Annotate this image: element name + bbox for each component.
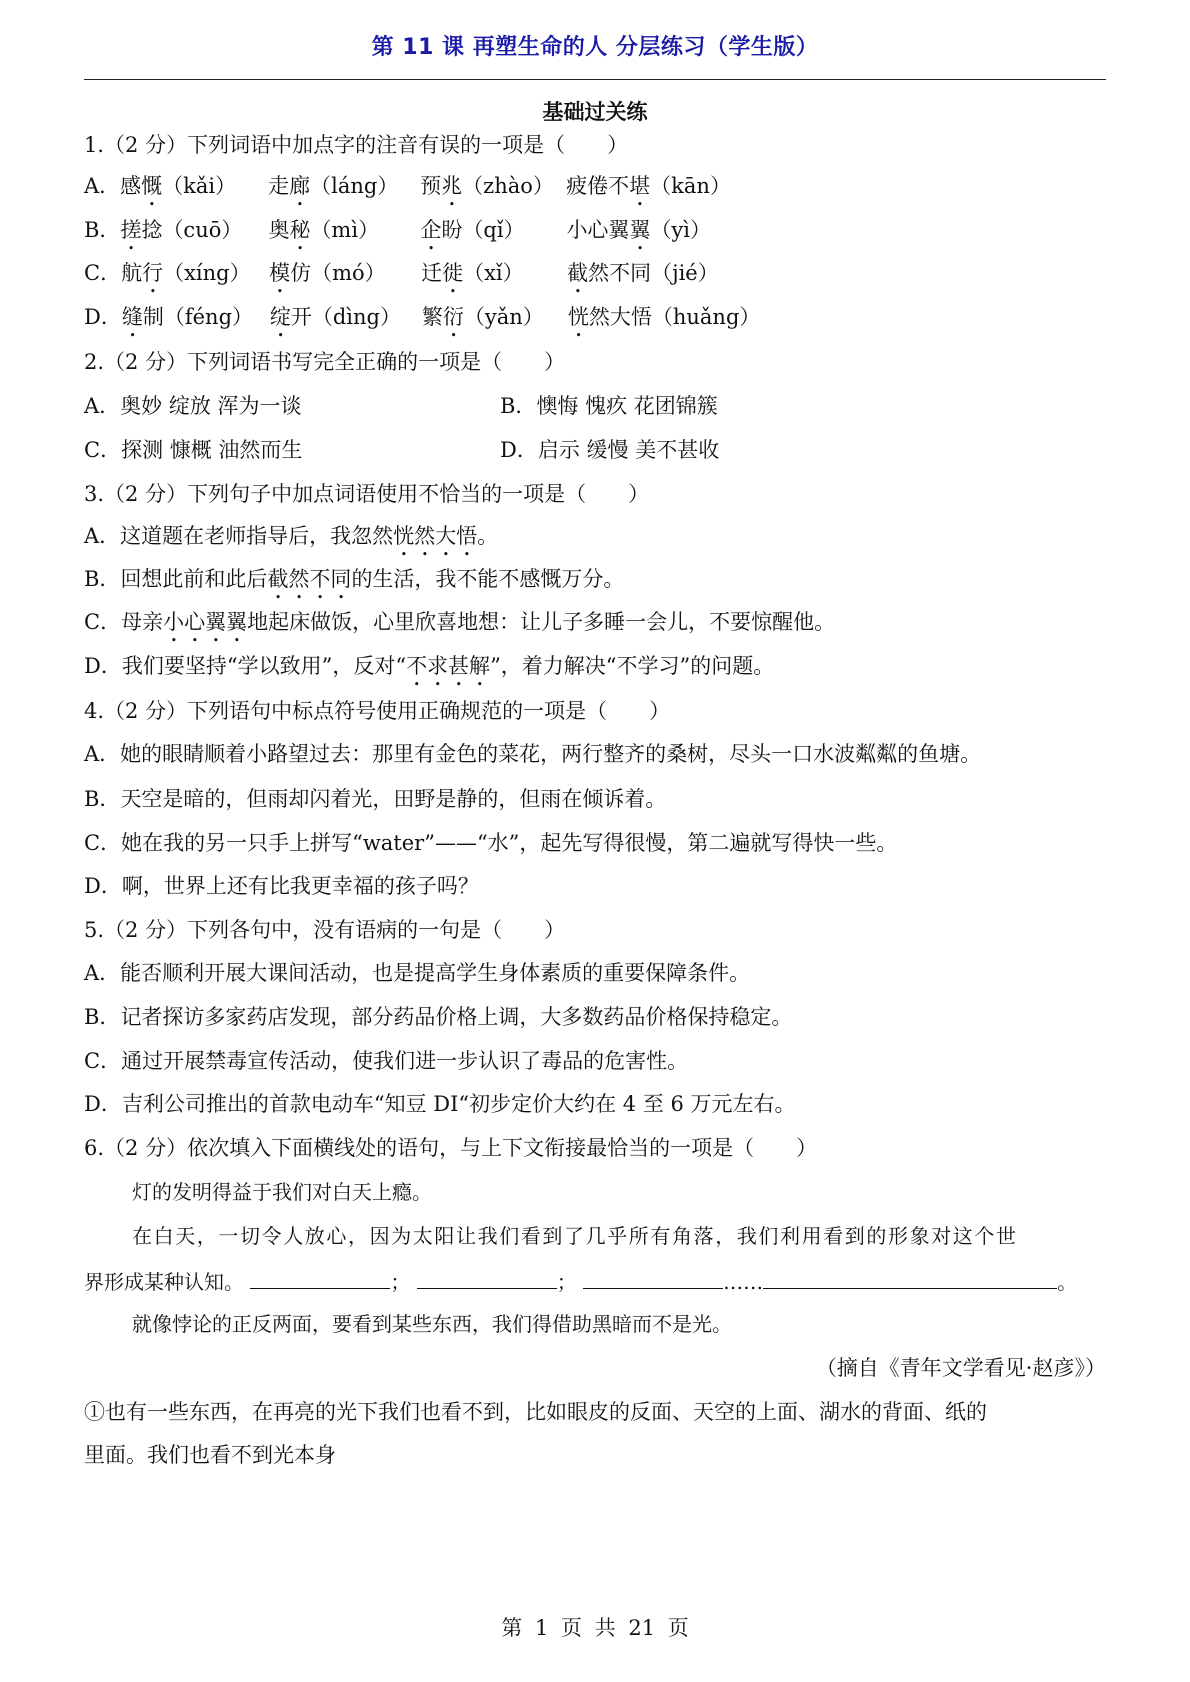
option-label: C．: [84, 261, 121, 285]
q6-item-1-line-2: 里面。我们也看不到光本身: [84, 1441, 336, 1469]
question-1-stem: 1.（2 分）下列词语中加点字的注音有误的一项是（ ）: [84, 131, 628, 159]
fill-blank-3[interactable]: [583, 1266, 723, 1289]
q4-option-c: C．她在我的另一只手上拼写“water”——“水”，起先写得很慢，第二遍就写得快…: [84, 829, 897, 857]
question-2-stem: 2.（2 分）下列词语书写完全正确的一项是（ ）: [84, 348, 565, 376]
q2-option-a: A．奥妙 绽放 浑为一谈: [84, 392, 302, 420]
q4-option-d: D．啊，世界上还有比我更幸福的孩子吗？: [84, 872, 479, 900]
question-3-stem: 3.（2 分）下列句子中加点词语使用不恰当的一项是（ ）: [84, 480, 649, 508]
question-6-stem: 6.（2 分）依次填入下面横线处的语句，与上下文衔接最恰当的一项是（ ）: [84, 1134, 817, 1162]
passage-paragraph-3: 就像悖论的正反两面，要看到某些东西，我们得借助黑暗而不是光。: [132, 1310, 732, 1338]
q1-option-d: D．缝制（féng）绽开（dìng）繁衍（yǎn）恍然大悟（huǎng）: [84, 303, 760, 342]
question-4-stem: 4.（2 分）下列语句中标点符号使用正确规范的一项是（ ）: [84, 697, 670, 725]
q4-option-a: A．她的眼睛顺着小路望过去：那里有金色的菜花，两行整齐的桑树，尽头一口水波粼粼的…: [84, 740, 981, 768]
q2-option-b: B．懊悔 愧疚 花团锦簇: [500, 392, 718, 420]
fill-blank-1[interactable]: [250, 1266, 390, 1289]
passage-paragraph-1: 灯的发明得益于我们对白天上瘾。: [132, 1178, 432, 1206]
q5-option-d: D．吉利公司推出的首款电动车“知豆 DI“初步定价大约在 4 至 6 万元左右。: [84, 1090, 796, 1118]
q5-option-b: B．记者探访多家药店发现，部分药品价格上调，大多数药品价格保持稳定。: [84, 1003, 792, 1031]
passage-paragraph-2-line-1: 在白天，一切令人放心，因为太阳让我们看到了几乎所有角落，我们利用看到的形象对这个…: [132, 1222, 1018, 1250]
q2-option-d: D．启示 缓慢 美不甚收: [500, 436, 719, 464]
question-5-stem: 5.（2 分）下列各句中，没有语病的一句是（ ）: [84, 916, 565, 944]
page-title: 第 11 课 再塑生命的人 分层练习（学生版）: [0, 30, 1190, 61]
page-number: 第 1 页 共 21 页: [0, 1612, 1190, 1642]
q5-option-c: C．通过开展禁毒宣传活动，使我们进一步认识了毒品的危害性。: [84, 1047, 688, 1075]
passage-source: （摘自《青年文学看见·赵彦》）: [816, 1354, 1106, 1382]
q3-option-b: B．回想此前和此后截然不同的生活，我不能不感慨万分。: [84, 565, 624, 604]
option-label: B．: [84, 218, 120, 242]
q5-option-a: A．能否顺利开展大课间活动，也是提高学生身体素质的重要保障条件。: [84, 959, 750, 987]
q2-option-c: C．探测 慷概 油然而生: [84, 436, 302, 464]
fill-blank-4[interactable]: [763, 1266, 1057, 1289]
q3-option-c: C．母亲小心翼翼地起床做饭，心里欣喜地想：让儿子多睡一会儿，不要惊醒他。: [84, 608, 835, 647]
q3-option-a: A．这道题在老师指导后，我忽然恍然大悟。: [84, 522, 498, 561]
q4-option-b: B．天空是暗的，但雨却闪着光，田野是静的，但雨在倾诉着。: [84, 785, 666, 813]
q1-option-a: A．感慨（kǎi）走廊（láng）预兆（zhào）疲倦不堪（kān）: [84, 172, 731, 211]
q1-option-b: B．搓捻（cuō）奥秘（mì）企盼（qǐ）小心翼翼（yì）: [84, 216, 711, 255]
section-heading: 基础过关练: [0, 96, 1190, 126]
fill-blank-2[interactable]: [417, 1266, 557, 1289]
passage-paragraph-2-line-2: 界形成某种认知。 ； ； ……。: [84, 1266, 1077, 1296]
q3-option-d: D．我们要坚持“学以致用”，反对“不求甚解”，着力解决“不学习”的问题。: [84, 652, 774, 691]
option-label: A．: [84, 174, 120, 198]
q1-option-c: C．航行（xíng）模仿（mó）迁徙（xǐ）截然不同（jié）: [84, 259, 719, 298]
option-label: D．: [84, 305, 122, 329]
header-divider: [84, 79, 1106, 80]
q6-item-1-line-1: ①也有一些东西，在再亮的光下我们也看不到，比如眼皮的反面、天空的上面、湖水的背面…: [84, 1398, 987, 1426]
